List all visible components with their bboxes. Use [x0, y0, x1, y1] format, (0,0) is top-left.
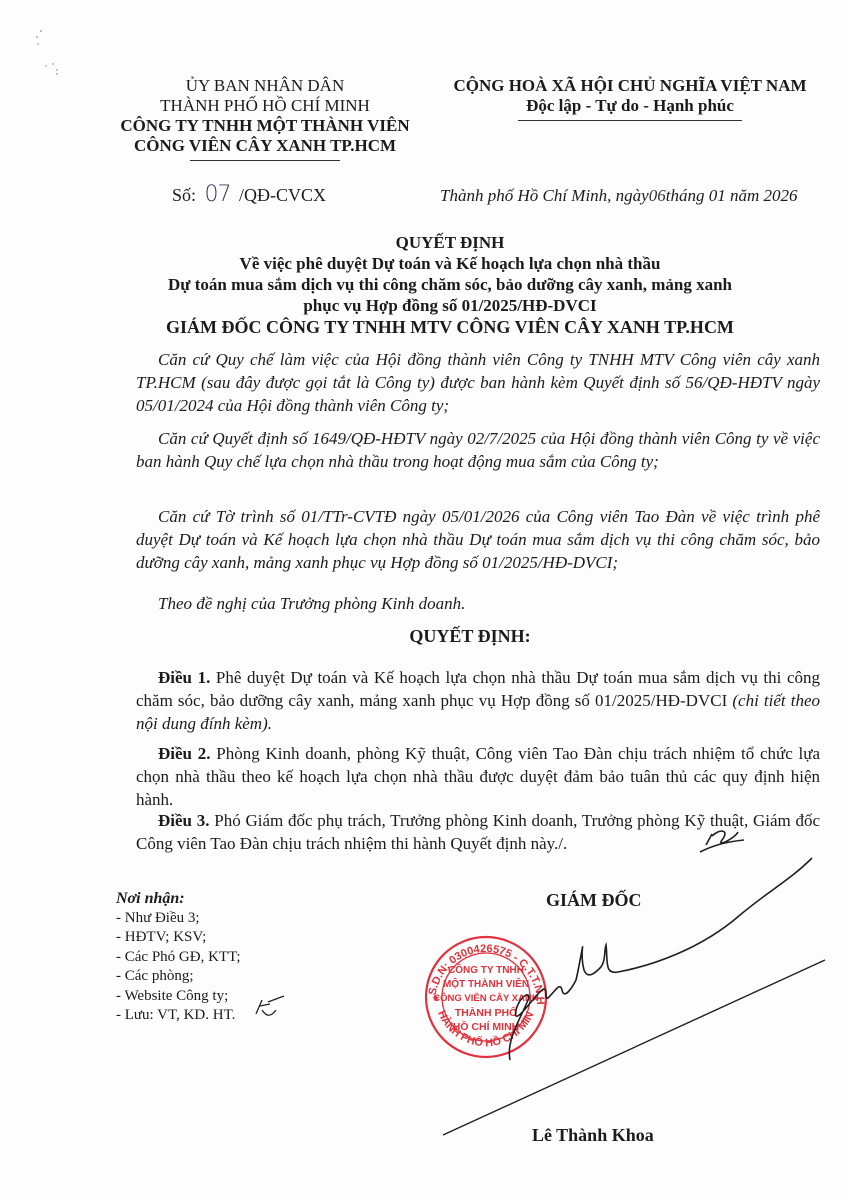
- director-signature-icon: [509, 858, 812, 1060]
- svg-text:HỒ CHÍ MINH: HỒ CHÍ MINH: [453, 1020, 520, 1033]
- svg-text:THÀNH PHỐ: THÀNH PHỐ: [455, 1005, 517, 1019]
- svg-text:CÔNG TY TNHH: CÔNG TY TNHH: [448, 963, 524, 976]
- scan-specks: [36, 30, 58, 75]
- clerk-initials-icon: [256, 996, 284, 1015]
- graphics-overlay: M.S.D.N: 0300426575 - C.T.T.N.H. THÀNH P…: [0, 0, 848, 1200]
- svg-text:MỘT THÀNH VIÊN: MỘT THÀNH VIÊN: [443, 977, 529, 990]
- initials-mark-icon: [700, 831, 744, 852]
- document-page: ỦY BAN NHÂN DÂN THÀNH PHỐ HỒ CHÍ MINH CÔ…: [0, 0, 848, 1200]
